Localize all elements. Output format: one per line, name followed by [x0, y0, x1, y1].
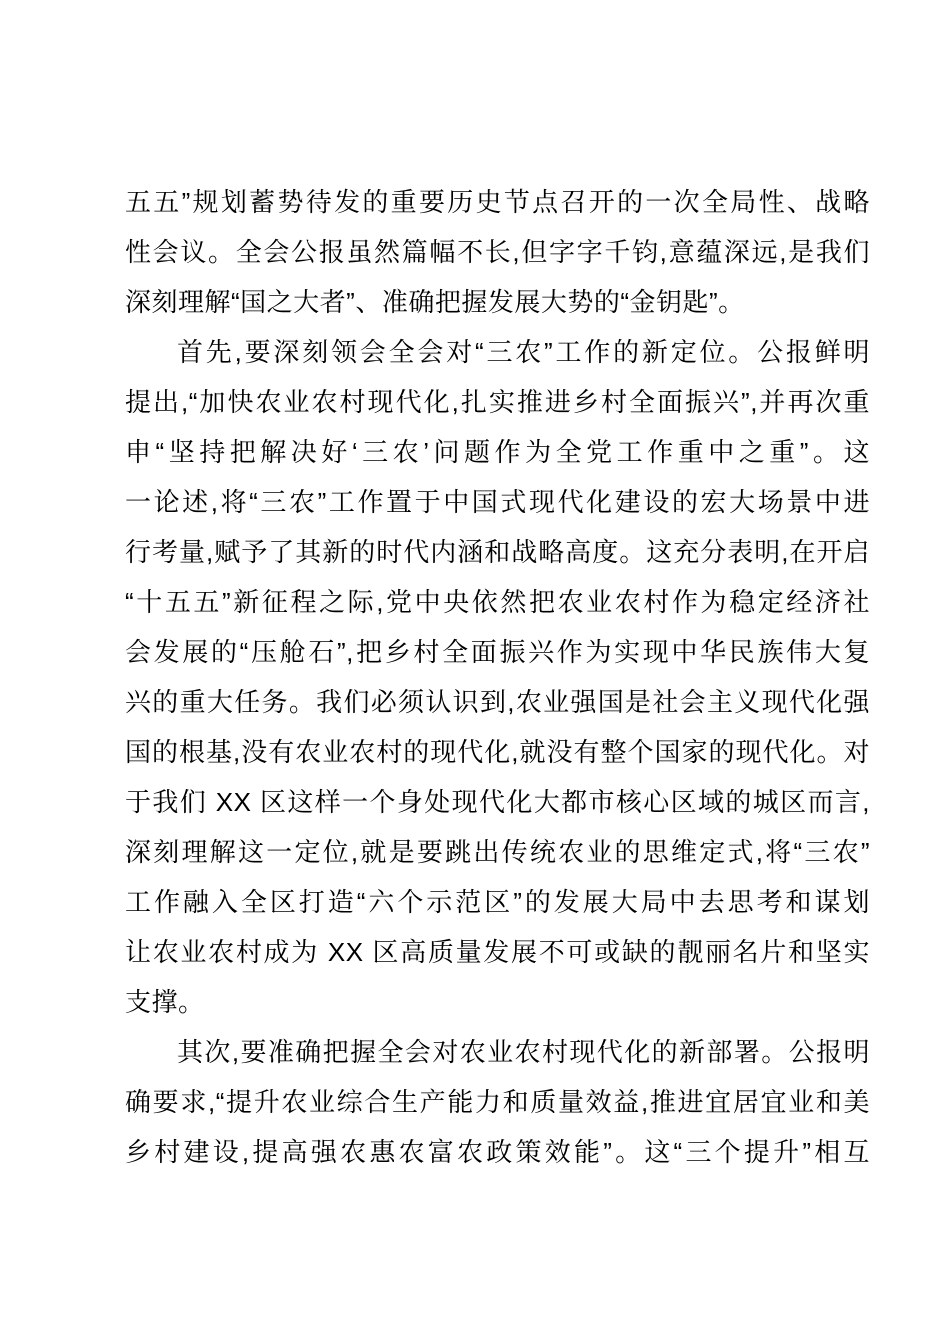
paragraph: 首先,要深刻领会全会对“三农”工作的新定位。公报鲜明提出,“加快农业农村现代化,…: [125, 327, 870, 1027]
document-page: 五五”规划蓄势待发的重要历史节点召开的一次全局性、战略性会议。全会公报虽然篇幅不…: [0, 0, 950, 1344]
text-line: 一论述,将“三农”工作置于中国式现代化建设的宏大场景中进: [125, 477, 870, 527]
text-line: 五五”规划蓄势待发的重要历史节点召开的一次全局性、战略: [125, 177, 870, 227]
text-line: 深刻理解“国之大者”、准确把握发展大势的“金钥匙”。: [125, 277, 870, 327]
text-line: 其次,要准确把握全会对农业农村现代化的新部署。公报明: [125, 1027, 870, 1077]
text-line: 国的根基,没有农业农村的现代化,就没有整个国家的现代化。对: [125, 727, 870, 777]
text-line: 行考量,赋予了其新的时代内涵和战略高度。这充分表明,在开启: [125, 527, 870, 577]
paragraph: 五五”规划蓄势待发的重要历史节点召开的一次全局性、战略性会议。全会公报虽然篇幅不…: [125, 177, 870, 327]
text-line: 提出,“加快农业农村现代化,扎实推进乡村全面振兴”,并再次重: [125, 377, 870, 427]
text-line: 深刻理解这一定位,就是要跳出传统农业的思维定式,将“三农”: [125, 827, 870, 877]
document-text-block: 五五”规划蓄势待发的重要历史节点召开的一次全局性、战略性会议。全会公报虽然篇幅不…: [125, 177, 870, 1177]
text-line: 让农业农村成为 XX 区高质量发展不可或缺的靓丽名片和坚实: [125, 927, 870, 977]
text-line: 支撑。: [125, 977, 870, 1027]
text-line: 首先,要深刻领会全会对“三农”工作的新定位。公报鲜明: [125, 327, 870, 377]
text-line: 于我们 XX 区这样一个身处现代化大都市核心区域的城区而言,: [125, 777, 870, 827]
text-line: 兴的重大任务。我们必须认识到,农业强国是社会主义现代化强: [125, 677, 870, 727]
text-line: 确要求,“提升农业综合生产能力和质量效益,推进宜居宜业和美: [125, 1077, 870, 1127]
text-line: 会发展的“压舱石”,把乡村全面振兴作为实现中华民族伟大复: [125, 627, 870, 677]
text-line: 申“坚持把解决好‘三农’问题作为全党工作重中之重”。这: [125, 427, 870, 477]
text-line: 乡村建设,提高强农惠农富农政策效能”。这“三个提升”相互: [125, 1127, 870, 1177]
text-line: 工作融入全区打造“六个示范区”的发展大局中去思考和谋划: [125, 877, 870, 927]
paragraph: 其次,要准确把握全会对农业农村现代化的新部署。公报明确要求,“提升农业综合生产能…: [125, 1027, 870, 1177]
text-line: “十五五”新征程之际,党中央依然把农业农村作为稳定经济社: [125, 577, 870, 627]
text-line: 性会议。全会公报虽然篇幅不长,但字字千钧,意蕴深远,是我们: [125, 227, 870, 277]
